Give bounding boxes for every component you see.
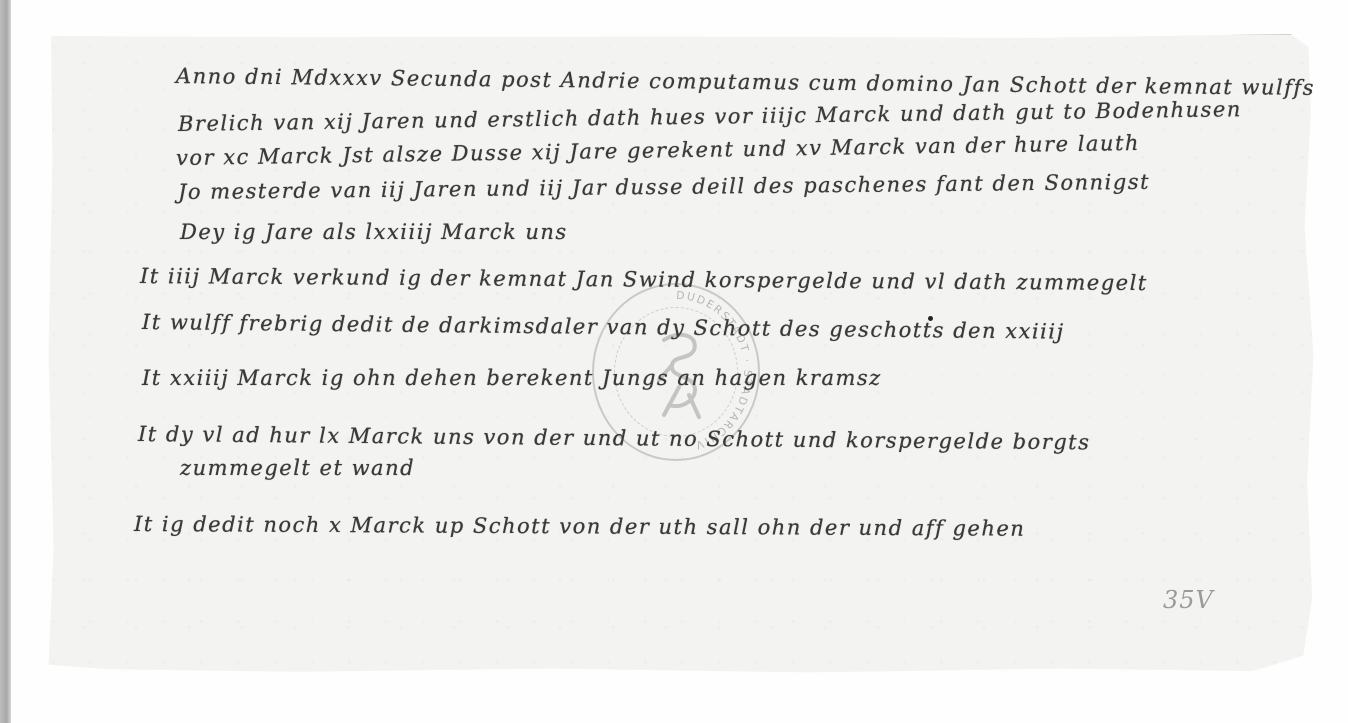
scanner-edge-strip [0,0,11,723]
folio-number: 35V [1163,586,1214,614]
document-scan: DUDERSTADT · STADTARCHIV Anno dni Mdxxxv… [0,0,1348,723]
manuscript-line-8: It xxiiij Marck ig ohn dehen berekent Ju… [142,366,882,390]
manuscript-line-10: zummegelt et wand [180,456,415,480]
manuscript-line-11: It ig dedit noch x Marck up Schott von d… [134,512,1025,541]
ink-spot [928,316,933,321]
manuscript-line-5: Dey ig Jare als lxxiiij Marck uns [180,220,568,244]
